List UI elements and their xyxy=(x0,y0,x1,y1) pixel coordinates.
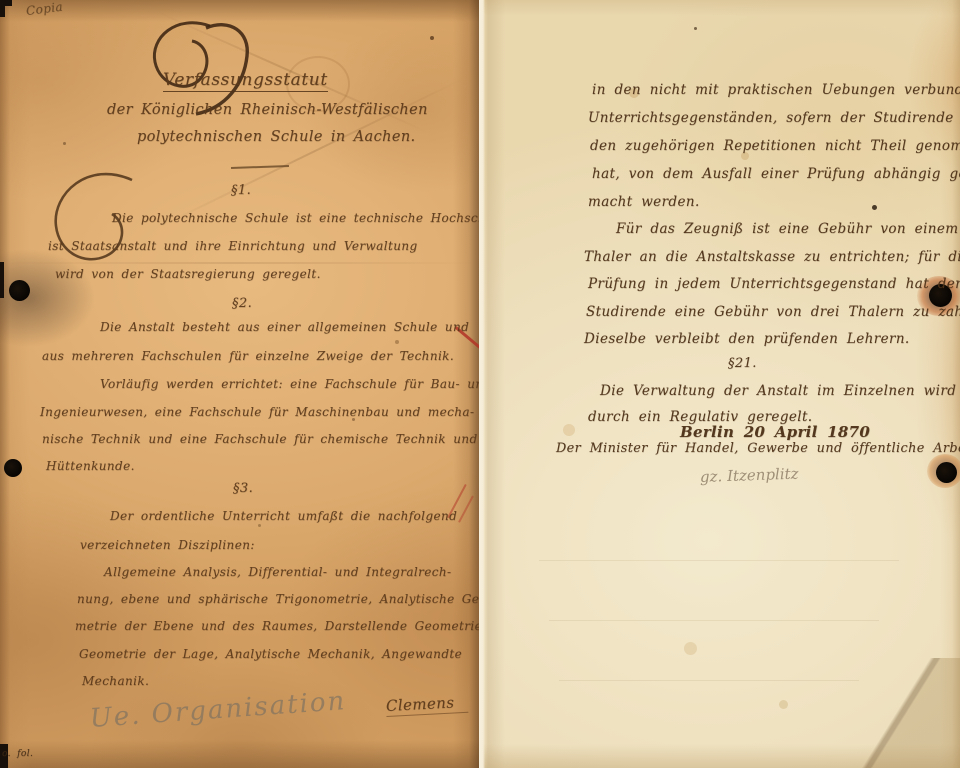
ink-speck xyxy=(63,142,66,145)
document-title: Verfassungsstatut xyxy=(163,70,328,92)
manuscript-line: macht werden. xyxy=(588,194,700,210)
manuscript-line: wird von der Staatsregierung geregelt. xyxy=(55,267,321,281)
manuscript-line: nung, ebene und sphärische Trigonometrie… xyxy=(77,592,479,606)
foxing-spot xyxy=(779,700,788,709)
manuscript-line: Die Verwaltung der Anstalt im Einzelnen … xyxy=(600,383,956,399)
section-heading: §2. xyxy=(232,296,252,311)
manuscript-line: metrie der Ebene und des Raumes, Darstel… xyxy=(75,619,479,633)
punch-hole xyxy=(9,280,30,301)
manuscript-line: Unterrichtsgegenständen, sofern der Stud… xyxy=(588,110,960,126)
manuscript-line: Für das Zeugniß ist eine Gebühr von eine… xyxy=(616,221,958,237)
place-date-line: Berlin 20 April 1870 xyxy=(680,423,870,441)
show-through-line xyxy=(549,620,879,621)
ink-speck xyxy=(694,27,697,30)
foxing-spot xyxy=(563,424,575,436)
punch-hole xyxy=(936,462,957,483)
pencil-note-organisation: Ue. Organisation xyxy=(89,686,347,734)
manuscript-scan: Copia Verfassungsstatut der Königlichen … xyxy=(0,0,960,768)
foxing-spot xyxy=(684,642,697,655)
manuscript-line: Die polytechnische Schule ist eine techn… xyxy=(112,211,479,225)
minister-line: Der Minister für Handel, Gewerbe und öff… xyxy=(556,441,960,456)
folio-note: o. fol. xyxy=(2,749,33,759)
manuscript-line: hat, von dem Ausfall einer Prüfung abhän… xyxy=(592,166,960,182)
title-subline: polytechnischen Schule in Aachen. xyxy=(137,129,416,145)
manuscript-line: aus mehreren Fachschulen für einzelne Zw… xyxy=(42,349,454,363)
title-subline: der Königlichen Rheinisch-Westfälischen xyxy=(107,102,428,118)
pencil-signature: gz. Itzenplitz xyxy=(700,465,799,486)
paper-tear xyxy=(0,5,5,17)
manuscript-line: nische Technik und eine Fachschule für c… xyxy=(42,432,478,446)
manuscript-line: ist Staatsanstalt und ihre Einrichtung u… xyxy=(48,239,418,253)
manuscript-line: in den nicht mit praktischen Uebungen ve… xyxy=(592,82,960,98)
manuscript-line: Die Anstalt besteht aus einer allgemeine… xyxy=(100,320,469,334)
manuscript-line: den zugehörigen Repetitionen nicht Theil… xyxy=(590,138,960,154)
section-heading: §21. xyxy=(728,356,757,371)
signature-clemens: Clemens xyxy=(385,693,468,717)
manuscript-line: verzeichneten Disziplinen: xyxy=(80,538,255,552)
manuscript-line: Allgemeine Analysis, Differential- und I… xyxy=(104,565,451,579)
right-page-scan: in den nicht mit praktischen Uebungen ve… xyxy=(479,0,960,768)
corner-fold xyxy=(810,658,960,768)
manuscript-line: Dieselbe verbleibt den prüfenden Lehrern… xyxy=(584,331,910,347)
ink-speck xyxy=(872,205,877,210)
section-heading: §3. xyxy=(233,481,253,496)
manuscript-line: Studirende eine Gebühr von drei Thalern … xyxy=(586,304,960,320)
ink-speck xyxy=(258,524,261,527)
manuscript-line: Mechanik. xyxy=(82,674,149,688)
corner-copy-note: Copia xyxy=(25,0,64,18)
left-page-scan: Copia Verfassungsstatut der Königlichen … xyxy=(0,0,479,768)
section-heading: §1. xyxy=(231,183,251,198)
manuscript-line: Thaler an die Anstaltskasse zu entrichte… xyxy=(584,249,960,265)
show-through-line xyxy=(539,560,899,561)
manuscript-line: Geometrie der Lage, Analytische Mechanik… xyxy=(79,647,462,661)
ink-speck xyxy=(430,36,434,40)
manuscript-line: Hüttenkunde. xyxy=(46,459,135,473)
punch-hole xyxy=(4,459,22,477)
manuscript-line: Der ordentliche Unterricht umfaßt die na… xyxy=(110,509,457,523)
manuscript-line: Ingenieurwesen, eine Fachschule für Masc… xyxy=(40,405,474,419)
manuscript-line: Prüfung in jedem Unterrichtsgegenstand h… xyxy=(588,276,960,292)
paper-tear xyxy=(0,262,4,298)
manuscript-line: Vorläufig werden errichtet: eine Fachsch… xyxy=(100,377,479,391)
red-pencil-mark xyxy=(458,495,473,522)
ink-speck xyxy=(395,340,399,344)
